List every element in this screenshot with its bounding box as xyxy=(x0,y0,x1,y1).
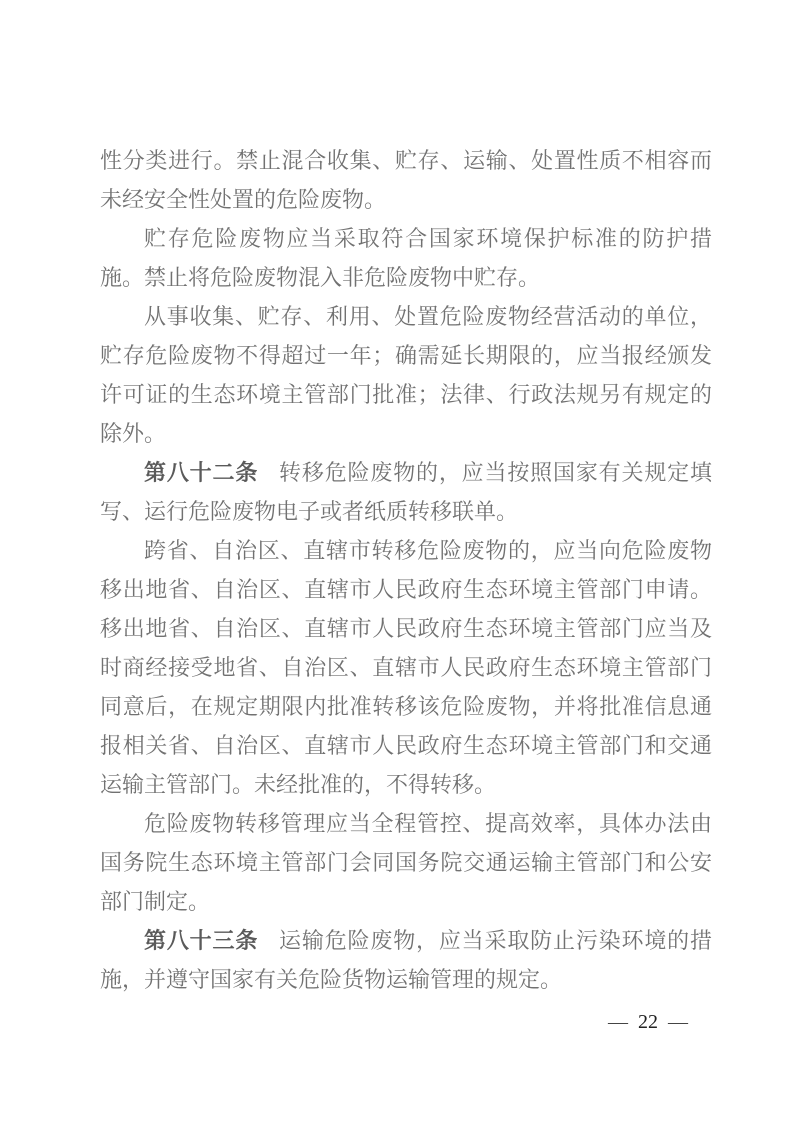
paragraph-text: 性分类进行。禁止混合收集、贮存、运输、处置性质不相容而未经安全性处置的危险废物。 xyxy=(100,148,712,212)
article-number: 第八十三条 xyxy=(144,928,258,953)
paragraph: 跨省、自治区、直辖市转移危险废物的，应当向危险废物移出地省、自治区、直辖市人民政… xyxy=(100,531,712,804)
paragraph-text: 跨省、自治区、直辖市转移危险废物的，应当向危险废物移出地省、自治区、直辖市人民政… xyxy=(100,538,712,797)
paragraph: 第八十二条转移危险废物的，应当按照国家有关规定填写、运行危险废物电子或者纸质转移… xyxy=(100,453,712,531)
page-number: 22 xyxy=(638,1011,658,1033)
footer-dash-left: — xyxy=(608,1011,628,1033)
article-number: 第八十二条 xyxy=(144,460,258,485)
paragraph-text: 贮存危险废物应当采取符合国家环境保护标准的防护措施。禁止将危险废物混入非危险废物… xyxy=(100,226,712,290)
document-page: 性分类进行。禁止混合收集、贮存、运输、处置性质不相容而未经安全性处置的危险废物。… xyxy=(0,0,793,1122)
page-footer: —22— xyxy=(608,1011,688,1034)
footer-dash-right: — xyxy=(668,1011,688,1033)
paragraph-text: 从事收集、贮存、利用、处置危险废物经营活动的单位，贮存危险废物不得超过一年；确需… xyxy=(100,304,712,446)
paragraph: 从事收集、贮存、利用、处置危险废物经营活动的单位，贮存危险废物不得超过一年；确需… xyxy=(100,297,712,453)
paragraph: 贮存危险废物应当采取符合国家环境保护标准的防护措施。禁止将危险废物混入非危险废物… xyxy=(100,219,712,297)
paragraph: 性分类进行。禁止混合收集、贮存、运输、处置性质不相容而未经安全性处置的危险废物。 xyxy=(100,141,712,219)
paragraph-text: 危险废物转移管理应当全程管控、提高效率，具体办法由国务院生态环境主管部门会同国务… xyxy=(100,811,712,914)
paragraph: 第八十三条运输危险废物，应当采取防止污染环境的措施，并遵守国家有关危险货物运输管… xyxy=(100,921,712,999)
document-body: 性分类进行。禁止混合收集、贮存、运输、处置性质不相容而未经安全性处置的危险废物。… xyxy=(100,141,712,999)
paragraph: 危险废物转移管理应当全程管控、提高效率，具体办法由国务院生态环境主管部门会同国务… xyxy=(100,804,712,921)
